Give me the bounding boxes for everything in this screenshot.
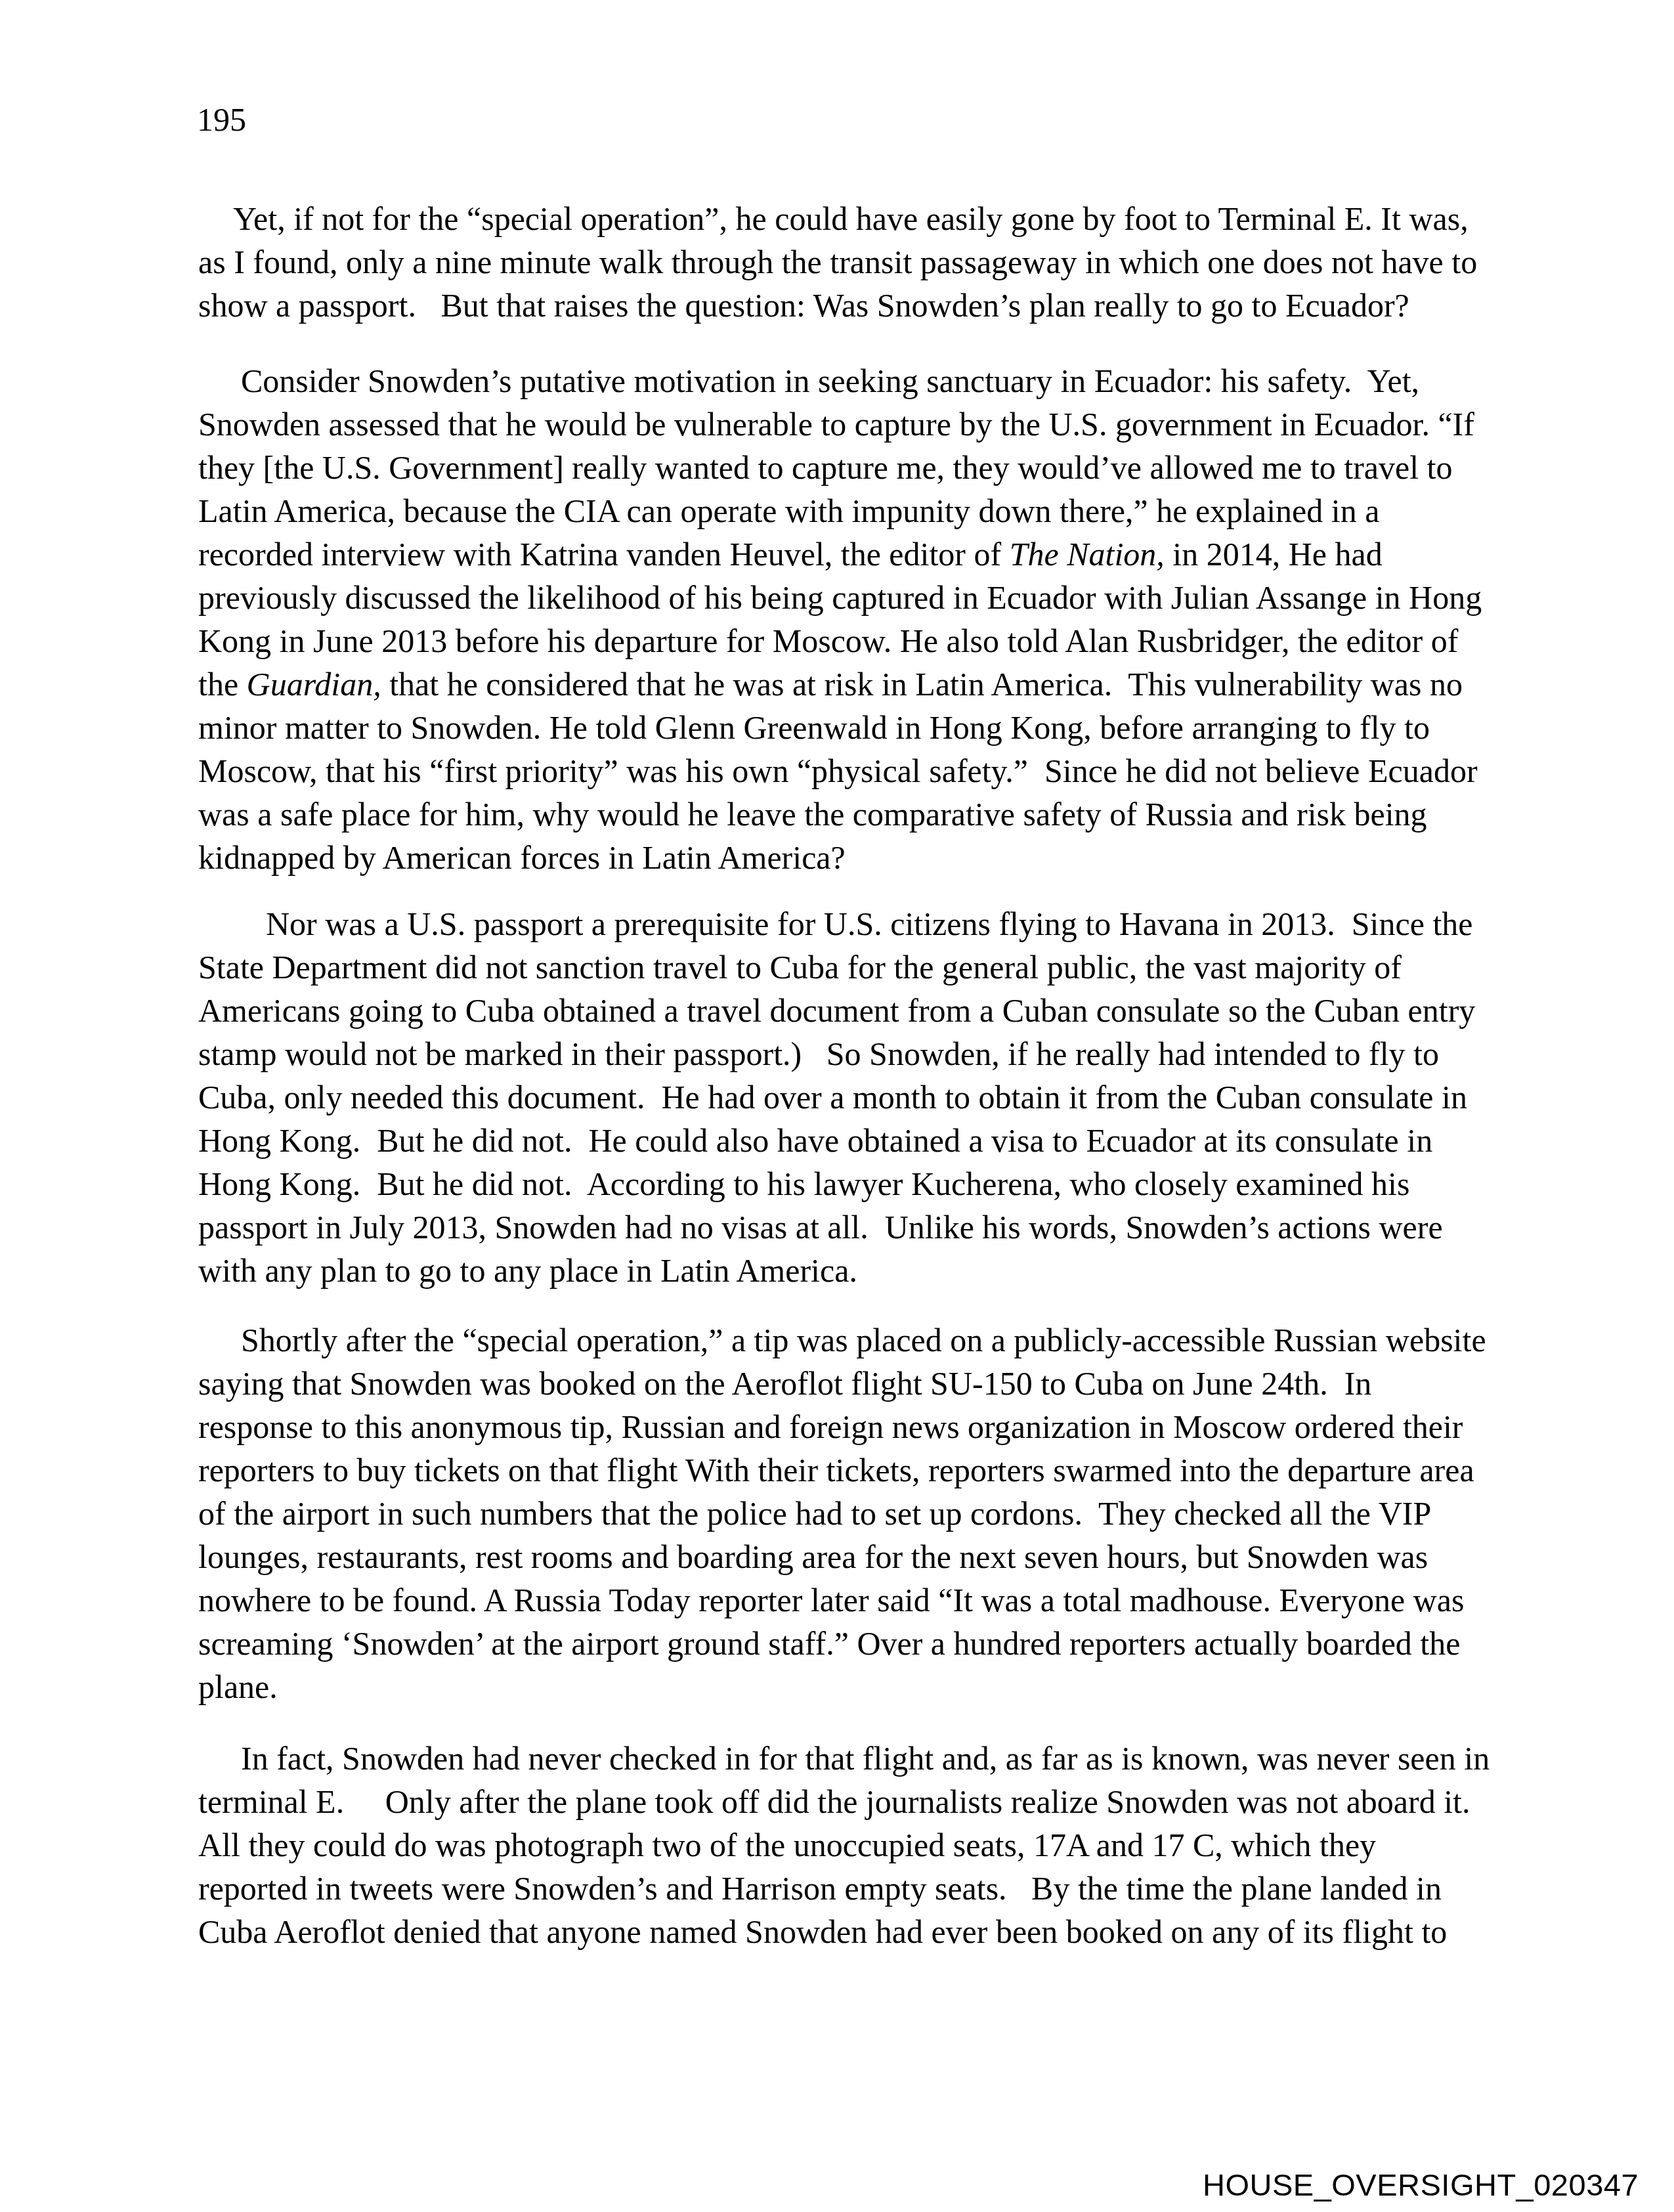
text-run: Americans going to Cuba obtained a trave… [198, 992, 1475, 1029]
text-line: State Department did not sanction travel… [198, 945, 1402, 989]
text-line: response to this anonymous tip, Russian … [198, 1405, 1463, 1448]
document-page: 195 Yet, if not for the “special operati… [0, 0, 1674, 2212]
text-line: Nor was a U.S. passport a prerequisite f… [266, 902, 1472, 945]
italic-title: The Nation, [1010, 536, 1165, 573]
text-line: the Guardian, that he considered that he… [198, 662, 1463, 706]
text-line: terminal E. Only after the plane took of… [198, 1780, 1470, 1823]
text-run: the [198, 666, 247, 703]
text-line: saying that Snowden was booked on the Ae… [198, 1362, 1371, 1405]
text-run: terminal E. Only after the plane took of… [198, 1783, 1470, 1820]
text-run: was a safe place for him, why would he l… [198, 796, 1427, 833]
text-line: they [the U.S. Government] really wanted… [198, 446, 1453, 489]
text-line: In fact, Snowden had never checked in fo… [241, 1737, 1490, 1780]
text-run: Nor was a U.S. passport a prerequisite f… [266, 905, 1472, 942]
text-run: State Department did not sanction travel… [198, 949, 1402, 986]
text-run: Kong in June 2013 before his departure f… [198, 622, 1458, 659]
bates-stamp: HOUSE_OVERSIGHT_020347 [1203, 2167, 1639, 2203]
text-run: that he considered that he was at risk i… [381, 666, 1463, 703]
text-run: Latin America, because the CIA can opera… [198, 492, 1379, 529]
text-run: passport in July 2013, Snowden had no vi… [198, 1209, 1443, 1246]
text-line: Americans going to Cuba obtained a trave… [198, 989, 1475, 1032]
text-line: as I found, only a nine minute walk thro… [198, 240, 1477, 284]
text-line: Shortly after the “special operation,” a… [241, 1318, 1486, 1362]
text-run: Shortly after the “special operation,” a… [241, 1322, 1486, 1358]
text-line: plane. [198, 1665, 278, 1708]
text-run: previously discussed the likelihood of h… [198, 579, 1482, 616]
text-line: stamp would not be marked in their passp… [198, 1032, 1439, 1075]
text-line: Cuba Aeroflot denied that anyone named S… [198, 1910, 1447, 1953]
text-run: stamp would not be marked in their passp… [198, 1035, 1439, 1072]
text-run: response to this anonymous tip, Russian … [198, 1408, 1463, 1445]
text-run: lounges, restaurants, rest rooms and boa… [198, 1538, 1428, 1575]
text-run: Yet, if not for the “special operation”,… [233, 200, 1469, 237]
text-line: reported in tweets were Snowden’s and Ha… [198, 1867, 1442, 1910]
text-line: All they could do was photograph two of … [198, 1823, 1376, 1867]
text-line: lounges, restaurants, rest rooms and boa… [198, 1535, 1428, 1578]
text-run: Hong Kong. But he did not. According to … [198, 1165, 1409, 1202]
text-run: of the airport in such numbers that the … [198, 1495, 1431, 1532]
text-run: kidnapped by American forces in Latin Am… [198, 839, 846, 876]
text-line: nowhere to be found. A Russia Today repo… [198, 1578, 1464, 1622]
text-run: saying that Snowden was booked on the Ae… [198, 1365, 1371, 1402]
text-run: in 2014, He had [1165, 536, 1383, 573]
text-run: with any plan to go to any place in Lati… [198, 1252, 857, 1289]
text-line: minor matter to Snowden. He told Glenn G… [198, 706, 1430, 749]
text-run: plane. [198, 1668, 278, 1705]
text-line: Hong Kong. But he did not. According to … [198, 1162, 1409, 1205]
text-line: Consider Snowden’s putative motivation i… [241, 359, 1419, 402]
text-run: screaming ‘Snowden’ at the airport groun… [198, 1625, 1460, 1662]
text-line: kidnapped by American forces in Latin Am… [198, 836, 846, 879]
text-run: Hong Kong. But he did not. He could also… [198, 1122, 1432, 1159]
text-line: screaming ‘Snowden’ at the airport groun… [198, 1622, 1460, 1665]
text-line: with any plan to go to any place in Lati… [198, 1249, 857, 1292]
text-line: of the airport in such numbers that the … [198, 1492, 1431, 1535]
text-run: In fact, Snowden had never checked in fo… [241, 1740, 1490, 1777]
text-run: reported in tweets were Snowden’s and Ha… [198, 1870, 1442, 1907]
text-line: Yet, if not for the “special operation”,… [233, 197, 1469, 240]
text-line: Latin America, because the CIA can opera… [198, 489, 1379, 532]
italic-title: Guardian, [247, 666, 381, 703]
text-run: Snowden assessed that he would be vulner… [198, 406, 1474, 443]
text-run: All they could do was photograph two of … [198, 1827, 1376, 1863]
text-line: Snowden assessed that he would be vulner… [198, 402, 1474, 446]
page-number: 195 [197, 100, 246, 139]
text-run: reporters to buy tickets on that flight … [198, 1452, 1474, 1488]
text-line: recorded interview with Katrina vanden H… [198, 532, 1383, 576]
text-line: show a passport. But that raises the que… [198, 284, 1409, 327]
text-line: previously discussed the likelihood of h… [198, 576, 1482, 619]
text-line: Kong in June 2013 before his departure f… [198, 619, 1458, 662]
text-line: reporters to buy tickets on that flight … [198, 1448, 1474, 1492]
text-line: Cuba, only needed this document. He had … [198, 1075, 1467, 1119]
text-line: passport in July 2013, Snowden had no vi… [198, 1205, 1443, 1249]
text-run: Cuba Aeroflot denied that anyone named S… [198, 1913, 1447, 1950]
text-line: Hong Kong. But he did not. He could also… [198, 1119, 1432, 1162]
text-run: they [the U.S. Government] really wanted… [198, 449, 1453, 486]
text-run: show a passport. But that raises the que… [198, 287, 1409, 324]
text-run: Cuba, only needed this document. He had … [198, 1079, 1467, 1116]
text-run: nowhere to be found. A Russia Today repo… [198, 1582, 1464, 1618]
text-run: recorded interview with Katrina vanden H… [198, 536, 1010, 573]
text-run: Moscow, that his “first priority” was hi… [198, 752, 1478, 789]
text-run: Consider Snowden’s putative motivation i… [241, 362, 1419, 399]
text-run: minor matter to Snowden. He told Glenn G… [198, 709, 1430, 746]
text-run: as I found, only a nine minute walk thro… [198, 244, 1477, 280]
text-line: Moscow, that his “first priority” was hi… [198, 749, 1478, 792]
text-line: was a safe place for him, why would he l… [198, 792, 1427, 836]
